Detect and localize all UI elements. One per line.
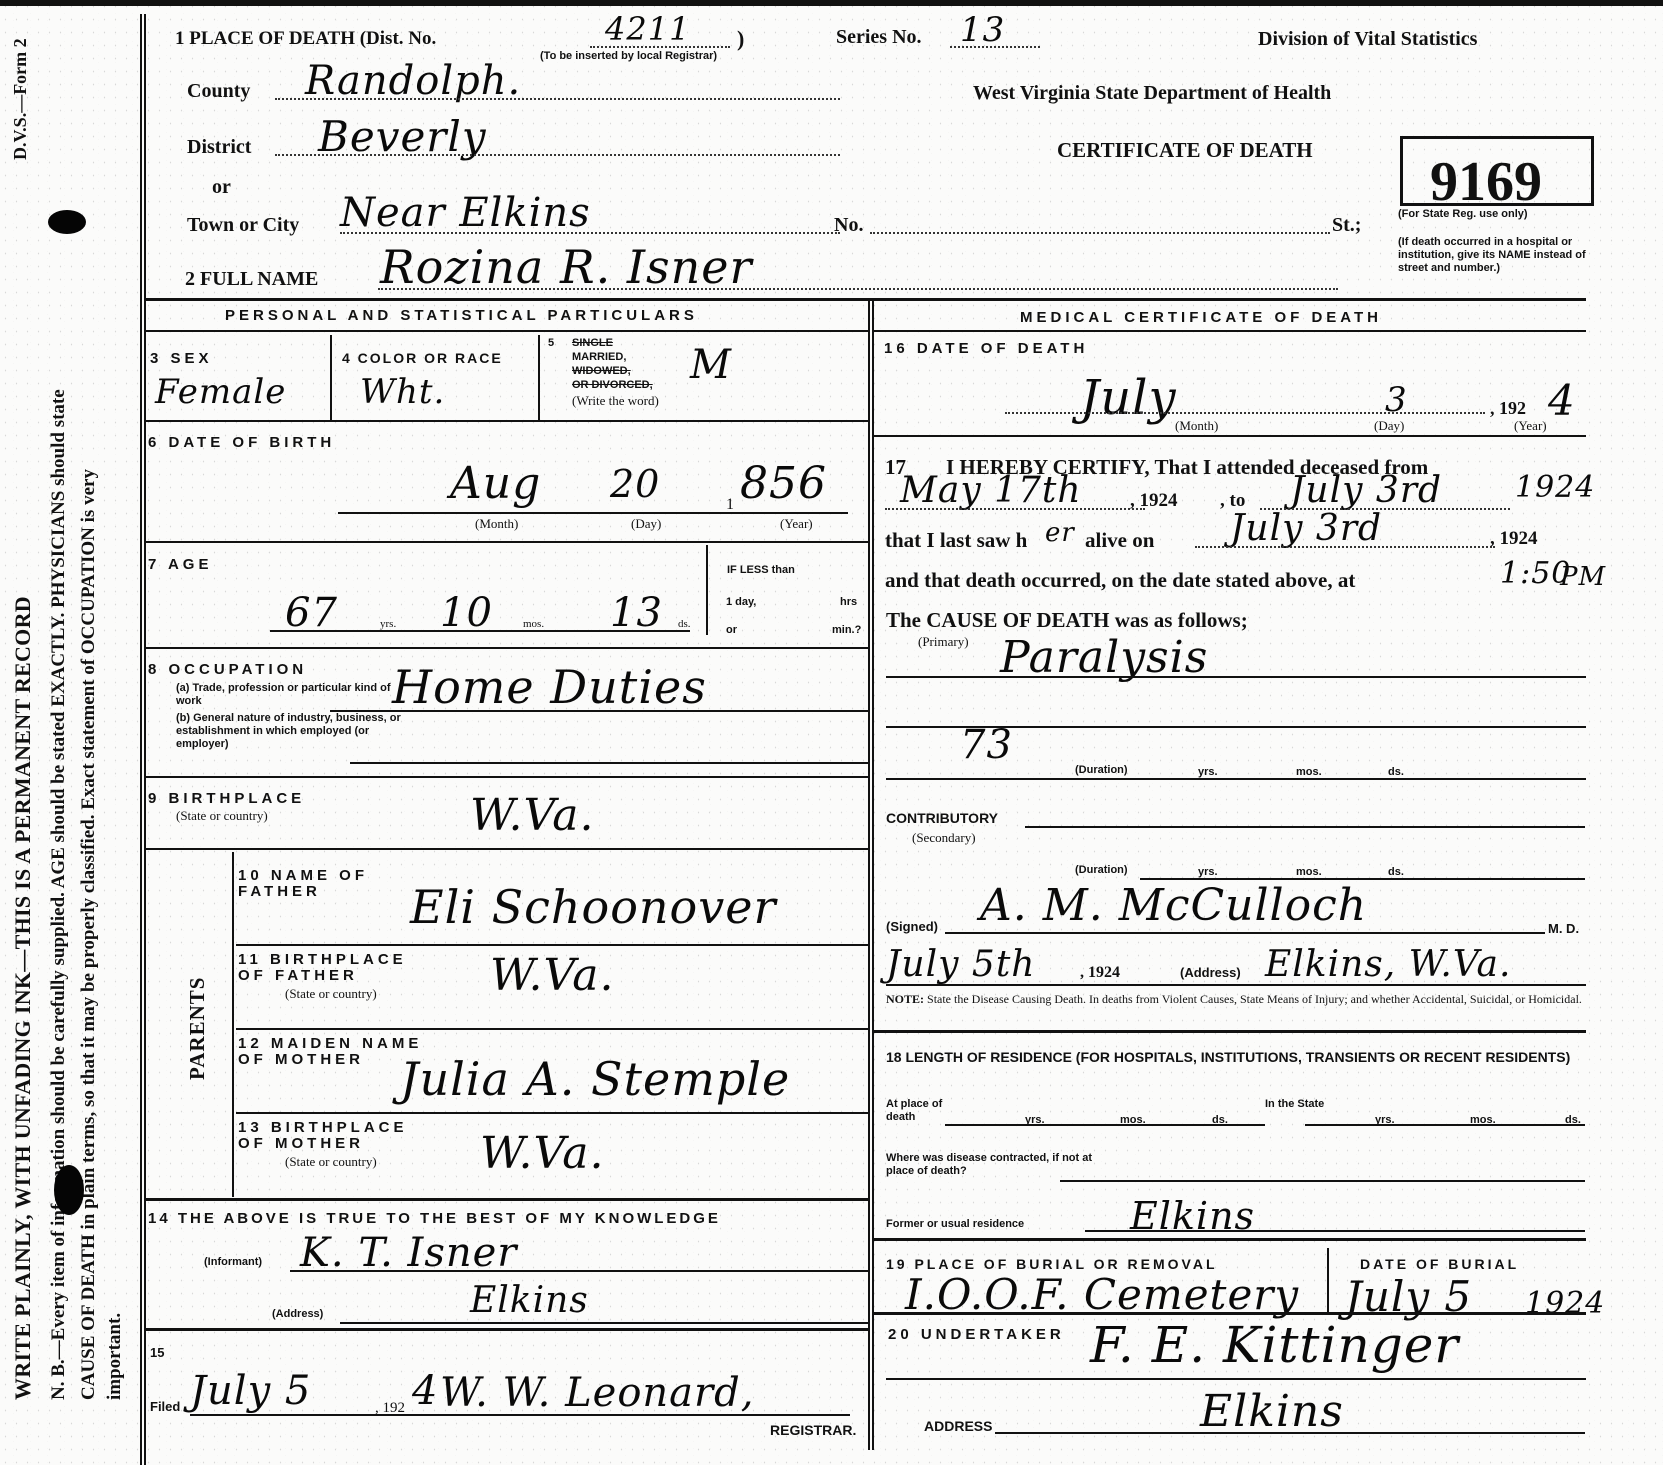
attended-from-value: May 17th	[900, 470, 1082, 511]
occupation-label: 8 OCCUPATION	[148, 661, 307, 678]
street-label: St.;	[1332, 214, 1361, 237]
punch-hole-icon	[48, 210, 86, 234]
birthplace-label: 9 BIRTHPLACE	[148, 790, 305, 807]
parents-label: PARENTS	[185, 977, 210, 1080]
margin-instruction-1: WRITE PLAINLY, WITH UNFADING INK—THIS IS…	[10, 596, 36, 1400]
sex-label: 3 SEX	[150, 350, 213, 367]
physician-signature: A. M. McCulloch	[980, 880, 1367, 931]
attended-to-year-value: 1924	[1515, 470, 1595, 505]
marital-value: M	[690, 342, 732, 388]
mother-name-value: Julia A. Stemple	[400, 1052, 790, 1106]
marital-option-single: SINGLE	[572, 337, 613, 350]
death-certificate-page: WRITE PLAINLY, WITH UNFADING INK—THIS IS…	[0, 0, 1663, 1465]
father-name-value: Eli Schoonover	[410, 880, 776, 934]
series-number-value: 13	[960, 10, 1005, 50]
margin-instruction-4: important.	[104, 1313, 126, 1400]
department-title: West Virginia State Department of Health	[973, 82, 1331, 105]
registrar-value: W. W. Leonard,	[440, 1370, 754, 1416]
dob-year-value: 856	[740, 458, 827, 509]
father-birthplace-value: W.Va.	[490, 950, 614, 1001]
death-time-statement: and that death occurred, on the date sta…	[885, 568, 1355, 593]
district-number-value: 4211	[605, 10, 690, 48]
town-value: Near Elkins	[340, 190, 591, 236]
marital-option-married: MARRIED,	[572, 351, 626, 364]
undertaker-label: 20 UNDERTAKER	[888, 1326, 1065, 1343]
age-label: 7 AGE	[148, 556, 212, 573]
series-label: Series No.	[836, 26, 922, 49]
filed-year-value: 4	[412, 1368, 438, 1414]
filed-date-value: July 5	[190, 1368, 311, 1414]
undertaker-address-label: ADDRESS	[924, 1420, 992, 1433]
attended-to-value: July 3rd	[1290, 470, 1442, 511]
last-saw-pronoun-value: er	[1045, 518, 1075, 548]
certificate-title: CERTIFICATE OF DEATH	[1057, 138, 1313, 163]
scan-top-edge	[0, 0, 1663, 6]
undertaker-value: F. E. Kittinger	[1090, 1316, 1459, 1374]
registrar-label: REGISTRAR.	[770, 1424, 856, 1437]
signed-address-value: Elkins, W.Va.	[1265, 944, 1511, 985]
county-label: County	[187, 80, 250, 103]
column-divider	[868, 300, 874, 1450]
father-birthplace-label: 11 BIRTHPLACE OF FATHER	[238, 952, 418, 984]
mother-birthplace-label: 13 BIRTHPLACE OF MOTHER	[238, 1120, 418, 1152]
burial-date-label: DATE OF BURIAL	[1360, 1256, 1519, 1272]
informant-address-value: Elkins	[470, 1280, 589, 1321]
certificate-number-note: (For State Reg. use only)	[1398, 208, 1528, 221]
division-title: Division of Vital Statistics	[1258, 28, 1477, 51]
dob-day-value: 20	[610, 462, 660, 506]
former-residence-label: Former or usual residence	[886, 1218, 1024, 1231]
signed-label: (Signed)	[886, 920, 938, 933]
dob-month-value: Aug	[450, 458, 541, 509]
full-name-label: 2 FULL NAME	[185, 268, 318, 291]
sex-value: Female	[155, 372, 286, 412]
dod-day-value: 3	[1385, 380, 1408, 420]
marital-option-widowed: WIDOWED,	[572, 365, 631, 378]
district-number-note: (To be inserted by local Registrar)	[540, 50, 717, 63]
personal-section-title: PERSONAL AND STATISTICAL PARTICULARS	[225, 307, 698, 324]
burial-year-value: 1924	[1525, 1286, 1605, 1321]
primary-cause-note-value: 73	[960, 722, 1013, 768]
informant-statement: 14 THE ABOVE IS TRUE TO THE BEST OF MY K…	[148, 1210, 721, 1227]
dod-month-value: July	[1080, 370, 1177, 426]
contributory-label: CONTRIBUTORY	[886, 812, 998, 825]
dod-year-value: 4	[1548, 376, 1576, 425]
street-number-label: No.	[834, 214, 863, 237]
undertaker-address-value: Elkins	[1200, 1386, 1344, 1437]
occupation-value: Home Duties	[392, 660, 707, 714]
certificate-number: 9169	[1430, 150, 1542, 214]
birthplace-value: W.Va.	[470, 790, 594, 841]
race-label: 4 COLOR OR RACE	[342, 350, 503, 366]
note-text: NOTE: State the Disease Causing Death. I…	[886, 992, 1586, 1006]
punch-hole-icon	[54, 1165, 84, 1215]
margin-instruction-3: CAUSE OF DEATH in plain terms, so that i…	[78, 469, 100, 1400]
town-label: Town or City	[187, 214, 299, 237]
form-border-left	[140, 14, 146, 1465]
place-of-death-label: 1 PLACE OF DEATH (Dist. No.	[175, 28, 436, 50]
medical-section-title: MEDICAL CERTIFICATE OF DEATH	[1020, 309, 1382, 326]
date-of-birth-label: 6 DATE OF BIRTH	[148, 434, 335, 451]
district-label: District	[187, 136, 251, 159]
cause-of-death-title: The CAUSE OF DEATH was as follows;	[886, 608, 1248, 633]
marital-hint: (Write the word)	[572, 393, 659, 409]
form-id: D.V.S.—Form 2	[10, 38, 31, 160]
date-of-death-label: 16 DATE OF DEATH	[884, 340, 1088, 357]
last-saw-date-value: July 3rd	[1230, 508, 1382, 549]
signed-date-value: July 5th	[886, 944, 1035, 985]
margin-instruction-2: N. B.—Every item of information should b…	[48, 389, 70, 1400]
mother-birthplace-value: W.Va.	[480, 1128, 604, 1179]
father-name-label: 10 NAME OF FATHER	[238, 868, 398, 900]
full-name-value: Rozina R. Isner	[380, 240, 752, 294]
residence-label: 18 LENGTH OF RESIDENCE (FOR HOSPITALS, I…	[886, 1050, 1586, 1065]
race-value: Wht.	[360, 372, 445, 412]
marital-option-divorced: OR DIVORCED,	[572, 379, 653, 392]
filed-label: Filed	[150, 1400, 180, 1413]
hospital-note: (If death occurred in a hospital or inst…	[1398, 236, 1594, 275]
